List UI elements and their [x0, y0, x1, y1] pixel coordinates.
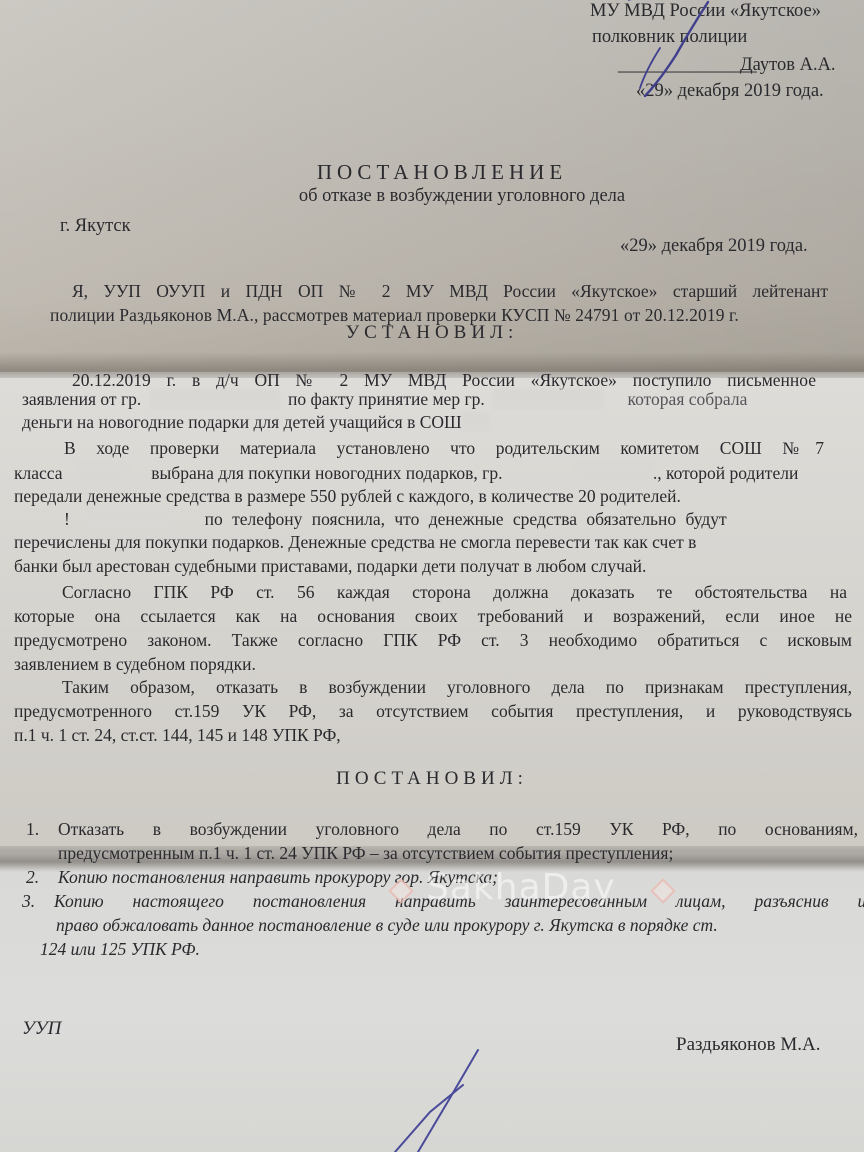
paragraph-line: Таким образом, отказать в возбуждении уг… — [62, 676, 852, 698]
list-number: 1. — [26, 818, 58, 840]
redacted-number — [462, 412, 490, 432]
paragraph-line: банки был арестован судебными приставами… — [14, 555, 646, 577]
paragraph-line: В ходе проверки материала установлено чт… — [64, 437, 824, 459]
text-fragment: по телефону пояснила, что денежные средс… — [205, 509, 727, 529]
text-fragment: которая собрала — [628, 389, 748, 409]
paragraph-line: которые она ссылается как на основания с… — [14, 605, 852, 627]
city: г. Якутск — [60, 215, 131, 237]
paragraph-line: предусмотрено законом. Также согласно ГП… — [14, 629, 852, 651]
resolved-item-continuation: предусмотренным п.1 ч. 1 ст. 24 УПК РФ –… — [58, 842, 673, 864]
list-number: 3. — [22, 890, 54, 912]
document-title: ПОСТАНОВЛЕНИЕ — [10, 160, 864, 185]
list-number: 2. — [26, 866, 58, 888]
paragraph-line: заявления от гр. по факту принятие мер г… — [22, 388, 747, 410]
resolved-heading: ПОСТАНОВИЛ: — [0, 768, 864, 790]
watermark-text: SakhaDay — [426, 867, 616, 908]
document-date: «29» декабря 2019 года. — [620, 235, 808, 257]
paragraph-line: предусмотренного ст.159 УК РФ, за отсутс… — [14, 700, 852, 722]
text-fragment: класса — [14, 463, 63, 483]
paragraph-line: заявлением в судебном порядки. — [14, 653, 256, 675]
intro-line: Я, УУП ОУУП и ПДН ОП № 2 МУ МВД России «… — [72, 280, 828, 302]
paragraph-line: Согласно ГПК РФ ст. 56 каждая сторона до… — [62, 581, 847, 603]
paragraph-line: ! по телефону пояснила, что денежные сре… — [64, 508, 727, 530]
redacted-name — [493, 389, 603, 409]
paragraph-line: п.1 ч. 1 ст. 24, ст.ст. 144, 145 и 148 У… — [14, 724, 341, 746]
approval-org: МУ МВД России «Якутское» — [590, 0, 821, 22]
resolved-item-continuation: право обжаловать данное постановление в … — [56, 914, 718, 936]
paragraph-line: класса выбрана для покупки новогодних по… — [14, 462, 798, 484]
established-heading: УСТАНОВИЛ: — [0, 322, 864, 344]
text-fragment: деньги на новогодние подарки для детей у… — [22, 412, 462, 432]
text-fragment: по факту принятие мер гр. — [288, 389, 485, 409]
redacted-name — [150, 389, 280, 409]
approval-rank: полковник полиции — [592, 26, 747, 48]
resolved-item: 1.Отказать в возбуждении уголовного дела… — [26, 818, 864, 840]
list-text: Отказать в возбуждении уголовного дела п… — [58, 818, 858, 840]
redacted-class — [77, 463, 129, 483]
approval-signature-line: _______________ — [618, 54, 757, 76]
redacted-name — [575, 463, 653, 483]
text-fragment: ., которой родители — [653, 463, 798, 483]
signature-position: УУП — [22, 1018, 61, 1040]
text-fragment: выбрана для покупки новогодних подарков,… — [151, 463, 502, 483]
approval-signer: Даутов А.А. — [740, 54, 836, 76]
paragraph-line: деньги на новогодние подарки для детей у… — [22, 411, 490, 433]
approval-date: «29» декабря 2019 года. — [636, 80, 824, 102]
text-fragment: ! — [64, 509, 70, 529]
paragraph-line: перечислены для покупки подарков. Денежн… — [14, 531, 696, 553]
redacted-name — [86, 509, 172, 529]
document-subtitle: об отказе в возбуждении уголовного дела — [30, 186, 864, 207]
signature-name: Раздьяконов М.А. — [676, 1034, 821, 1056]
resolved-item-continuation: 124 или 125 УПК РФ. — [40, 938, 200, 960]
text-fragment: заявления от гр. — [22, 389, 141, 409]
paragraph-line: передали денежные средства в размере 550… — [14, 485, 681, 507]
